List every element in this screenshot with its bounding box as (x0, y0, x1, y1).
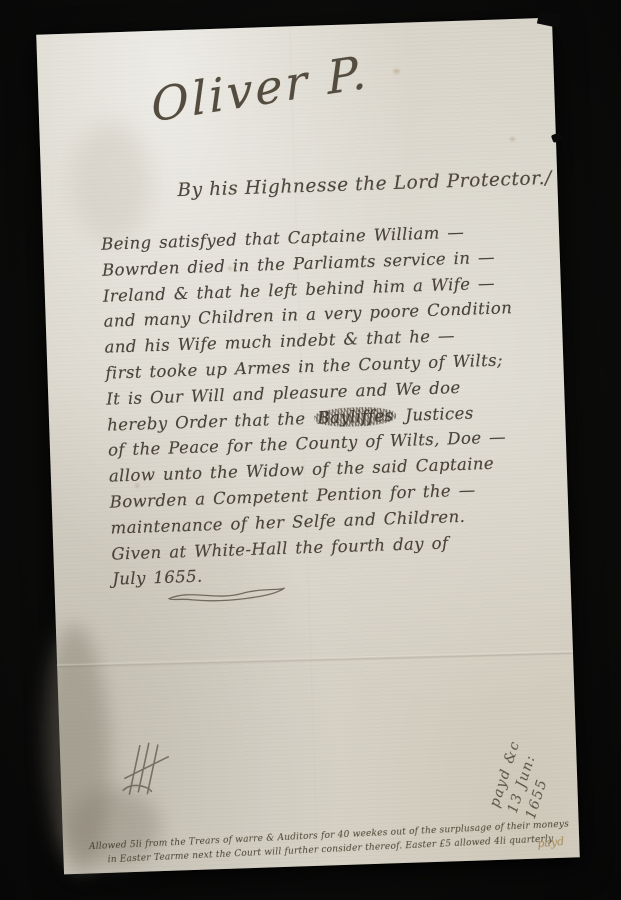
paper-stain (69, 121, 153, 244)
foxing-spot (394, 69, 400, 74)
cromwell-signature: Oliver P. (150, 44, 370, 132)
faded-payment-note: payd (537, 835, 565, 851)
edge-nick (551, 132, 563, 143)
flourish-underline (163, 583, 290, 605)
tally-mark (115, 730, 184, 816)
body-lines-top: Being satisfyed that Captaine William —B… (101, 220, 563, 416)
strike-line-post: Justices (405, 403, 474, 424)
foxing-spot (510, 137, 515, 141)
protector-heading: By his Highnesse the Lord Protector./ (177, 168, 552, 201)
letter-body: Being satisfyed that Captaine William —B… (101, 220, 569, 596)
torn-corner-notch (537, 11, 561, 28)
body-lines-bottom: of the Peace for the County of Wilts, Do… (108, 426, 569, 596)
side-endorsement: payd &c13 Jun:1655 (486, 652, 590, 822)
manuscript-page: Oliver P. By his Highnesse the Lord Prot… (36, 18, 580, 875)
fold-crease-horizontal (57, 651, 573, 668)
ink-scribble-strikeout: Bayliffes (314, 406, 396, 428)
photo-background: Oliver P. By his Highnesse the Lord Prot… (0, 0, 621, 900)
